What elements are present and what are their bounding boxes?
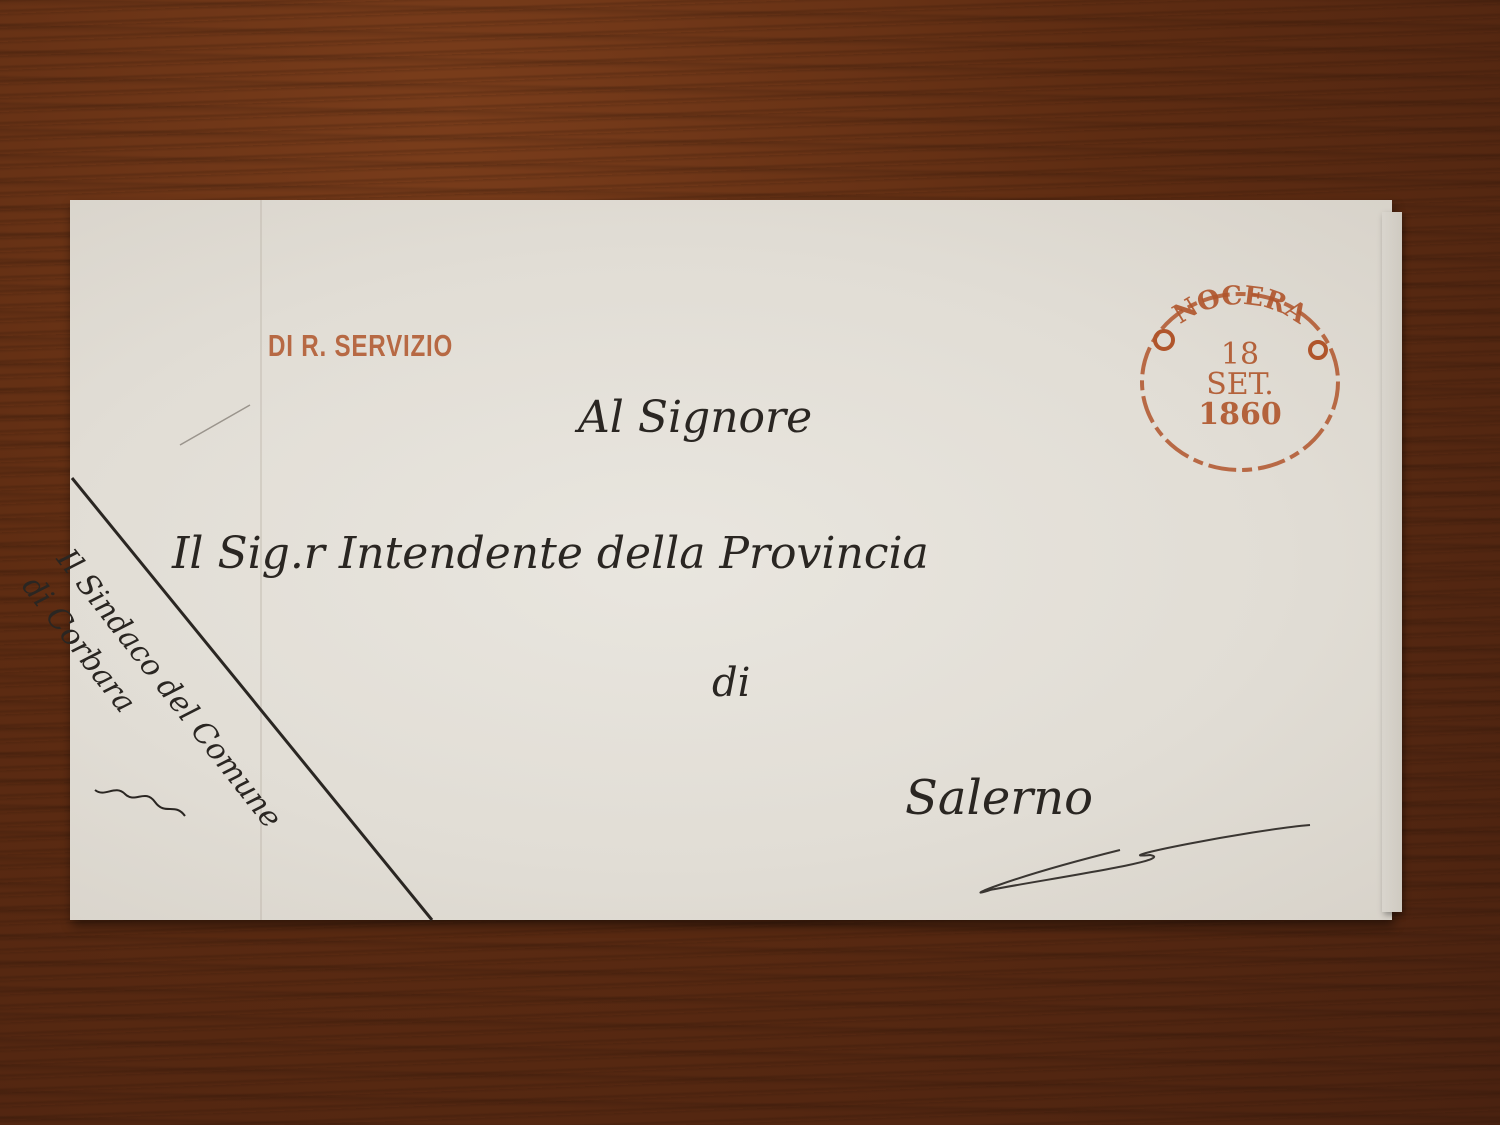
postmark-stamp: NOCERA 18 SET. 1860: [1130, 282, 1350, 482]
rosette-icon: [1310, 342, 1326, 358]
svg-text:NOCERA: NOCERA: [1168, 282, 1313, 331]
rosette-icon: [1155, 331, 1173, 349]
address-line-recipient: Il Sig.r Intendente della Provincia: [172, 528, 929, 579]
address-line-salutation: Al Signore: [578, 392, 812, 443]
letter-edge-flap: [1382, 212, 1402, 912]
service-cancel-stamp: DI R. SERVIZIO: [268, 328, 453, 364]
svg-text:1860: 1860: [1198, 397, 1282, 432]
address-line-di: di: [712, 660, 750, 706]
address-line-city: Salerno: [905, 770, 1093, 826]
